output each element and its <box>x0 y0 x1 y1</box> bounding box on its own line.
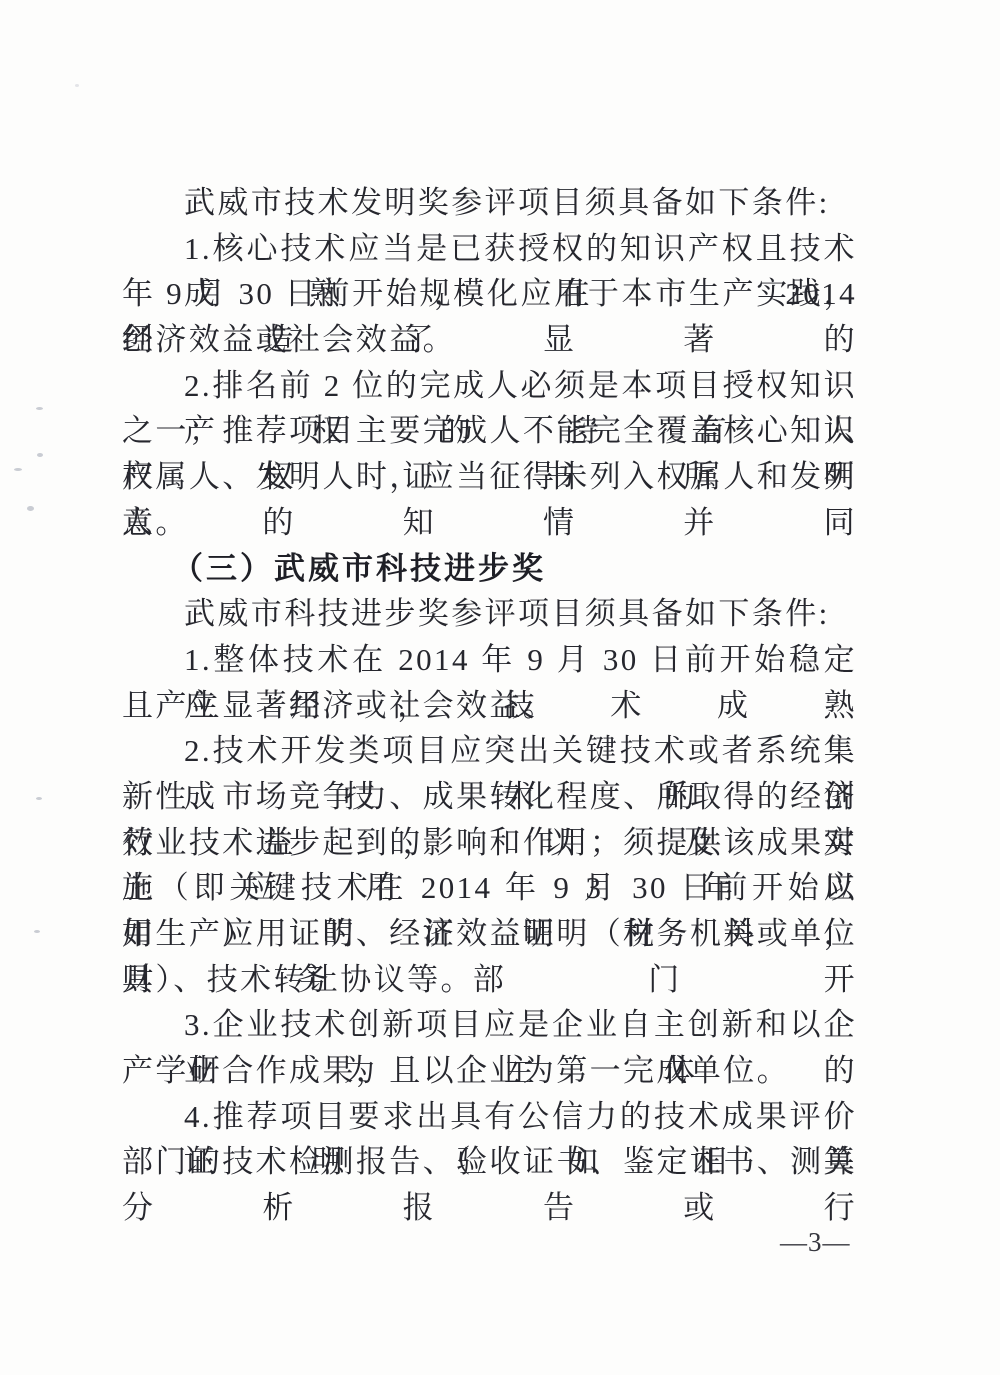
text-block: 武威市技术发明奖参评项目须具备如下条件:1.核心技术应当是已获授权的知识产权且技… <box>122 180 857 1185</box>
document-line: 权属人、发明人时，应当征得未列入权属人和发明人的知情并同 <box>122 454 857 500</box>
document-line: 1.整体技术在 2014 年 9 月 30 日前开始稳定应用，技术成熟 <box>122 637 857 683</box>
page-number: —3— <box>780 1227 851 1258</box>
document-line: 部门的技术检测报告、验收证书、鉴定证书、测算分析报告或行 <box>122 1139 857 1185</box>
scan-artifact <box>75 84 79 87</box>
document-line: 年 9 月 30 日前开始规模化应用于本市生产实践，创造了显著的 <box>122 271 857 317</box>
document-line: 3.企业技术创新项目应是企业自主创新和以企业为主体的 <box>122 1002 857 1048</box>
scan-artifact <box>36 407 43 410</box>
scan-artifact <box>34 930 40 933</box>
document-line: 2.排名前 2 位的完成人必须是本项目授权知识产权的持有人 <box>122 363 857 409</box>
scan-artifact <box>14 468 22 471</box>
section-heading: （三）武威市科技进步奖 <box>122 546 857 592</box>
document-line: 2.技术开发类项目应突出关键技术或者系统集成技术的创 <box>122 728 857 774</box>
document-line: 武威市技术发明奖参评项目须具备如下条件: <box>122 180 857 226</box>
document-line: 如生产应用证明、经济效益证明（税务机关或单位财务部门开 <box>122 911 857 957</box>
document-line: 上（即关键技术在 2014 年 9 月 30 日前开始应用）的证明材料， <box>122 865 857 911</box>
document-line: 产学研合作成果，且以企业为第一完成单位。 <box>122 1048 857 1094</box>
scanned-document-page: 武威市技术发明奖参评项目须具备如下条件:1.核心技术应当是已获授权的知识产权且技… <box>0 0 1000 1375</box>
document-line: 1.核心技术应当是已获授权的知识产权且技术成熟，在 2014 <box>122 226 857 272</box>
document-line: 武威市科技进步奖参评项目须具备如下条件: <box>122 591 857 637</box>
scan-artifact <box>27 506 34 511</box>
document-line: 之一；推荐项目主要完成人不能完全覆盖核心知识产权证书所列 <box>122 408 857 454</box>
scan-artifact <box>37 453 43 457</box>
document-line: 行业技术进步起到的影响和作用；须提供该成果实施应用 3 年以 <box>122 820 857 866</box>
document-line: 4.推荐项目要求出具有公信力的技术成果评价证明（如相关 <box>122 1094 857 1140</box>
document-line: 新性、市场竞争力、成果转化程度、所取得的经济效益，以及对 <box>122 774 857 820</box>
scan-artifact <box>36 797 42 800</box>
